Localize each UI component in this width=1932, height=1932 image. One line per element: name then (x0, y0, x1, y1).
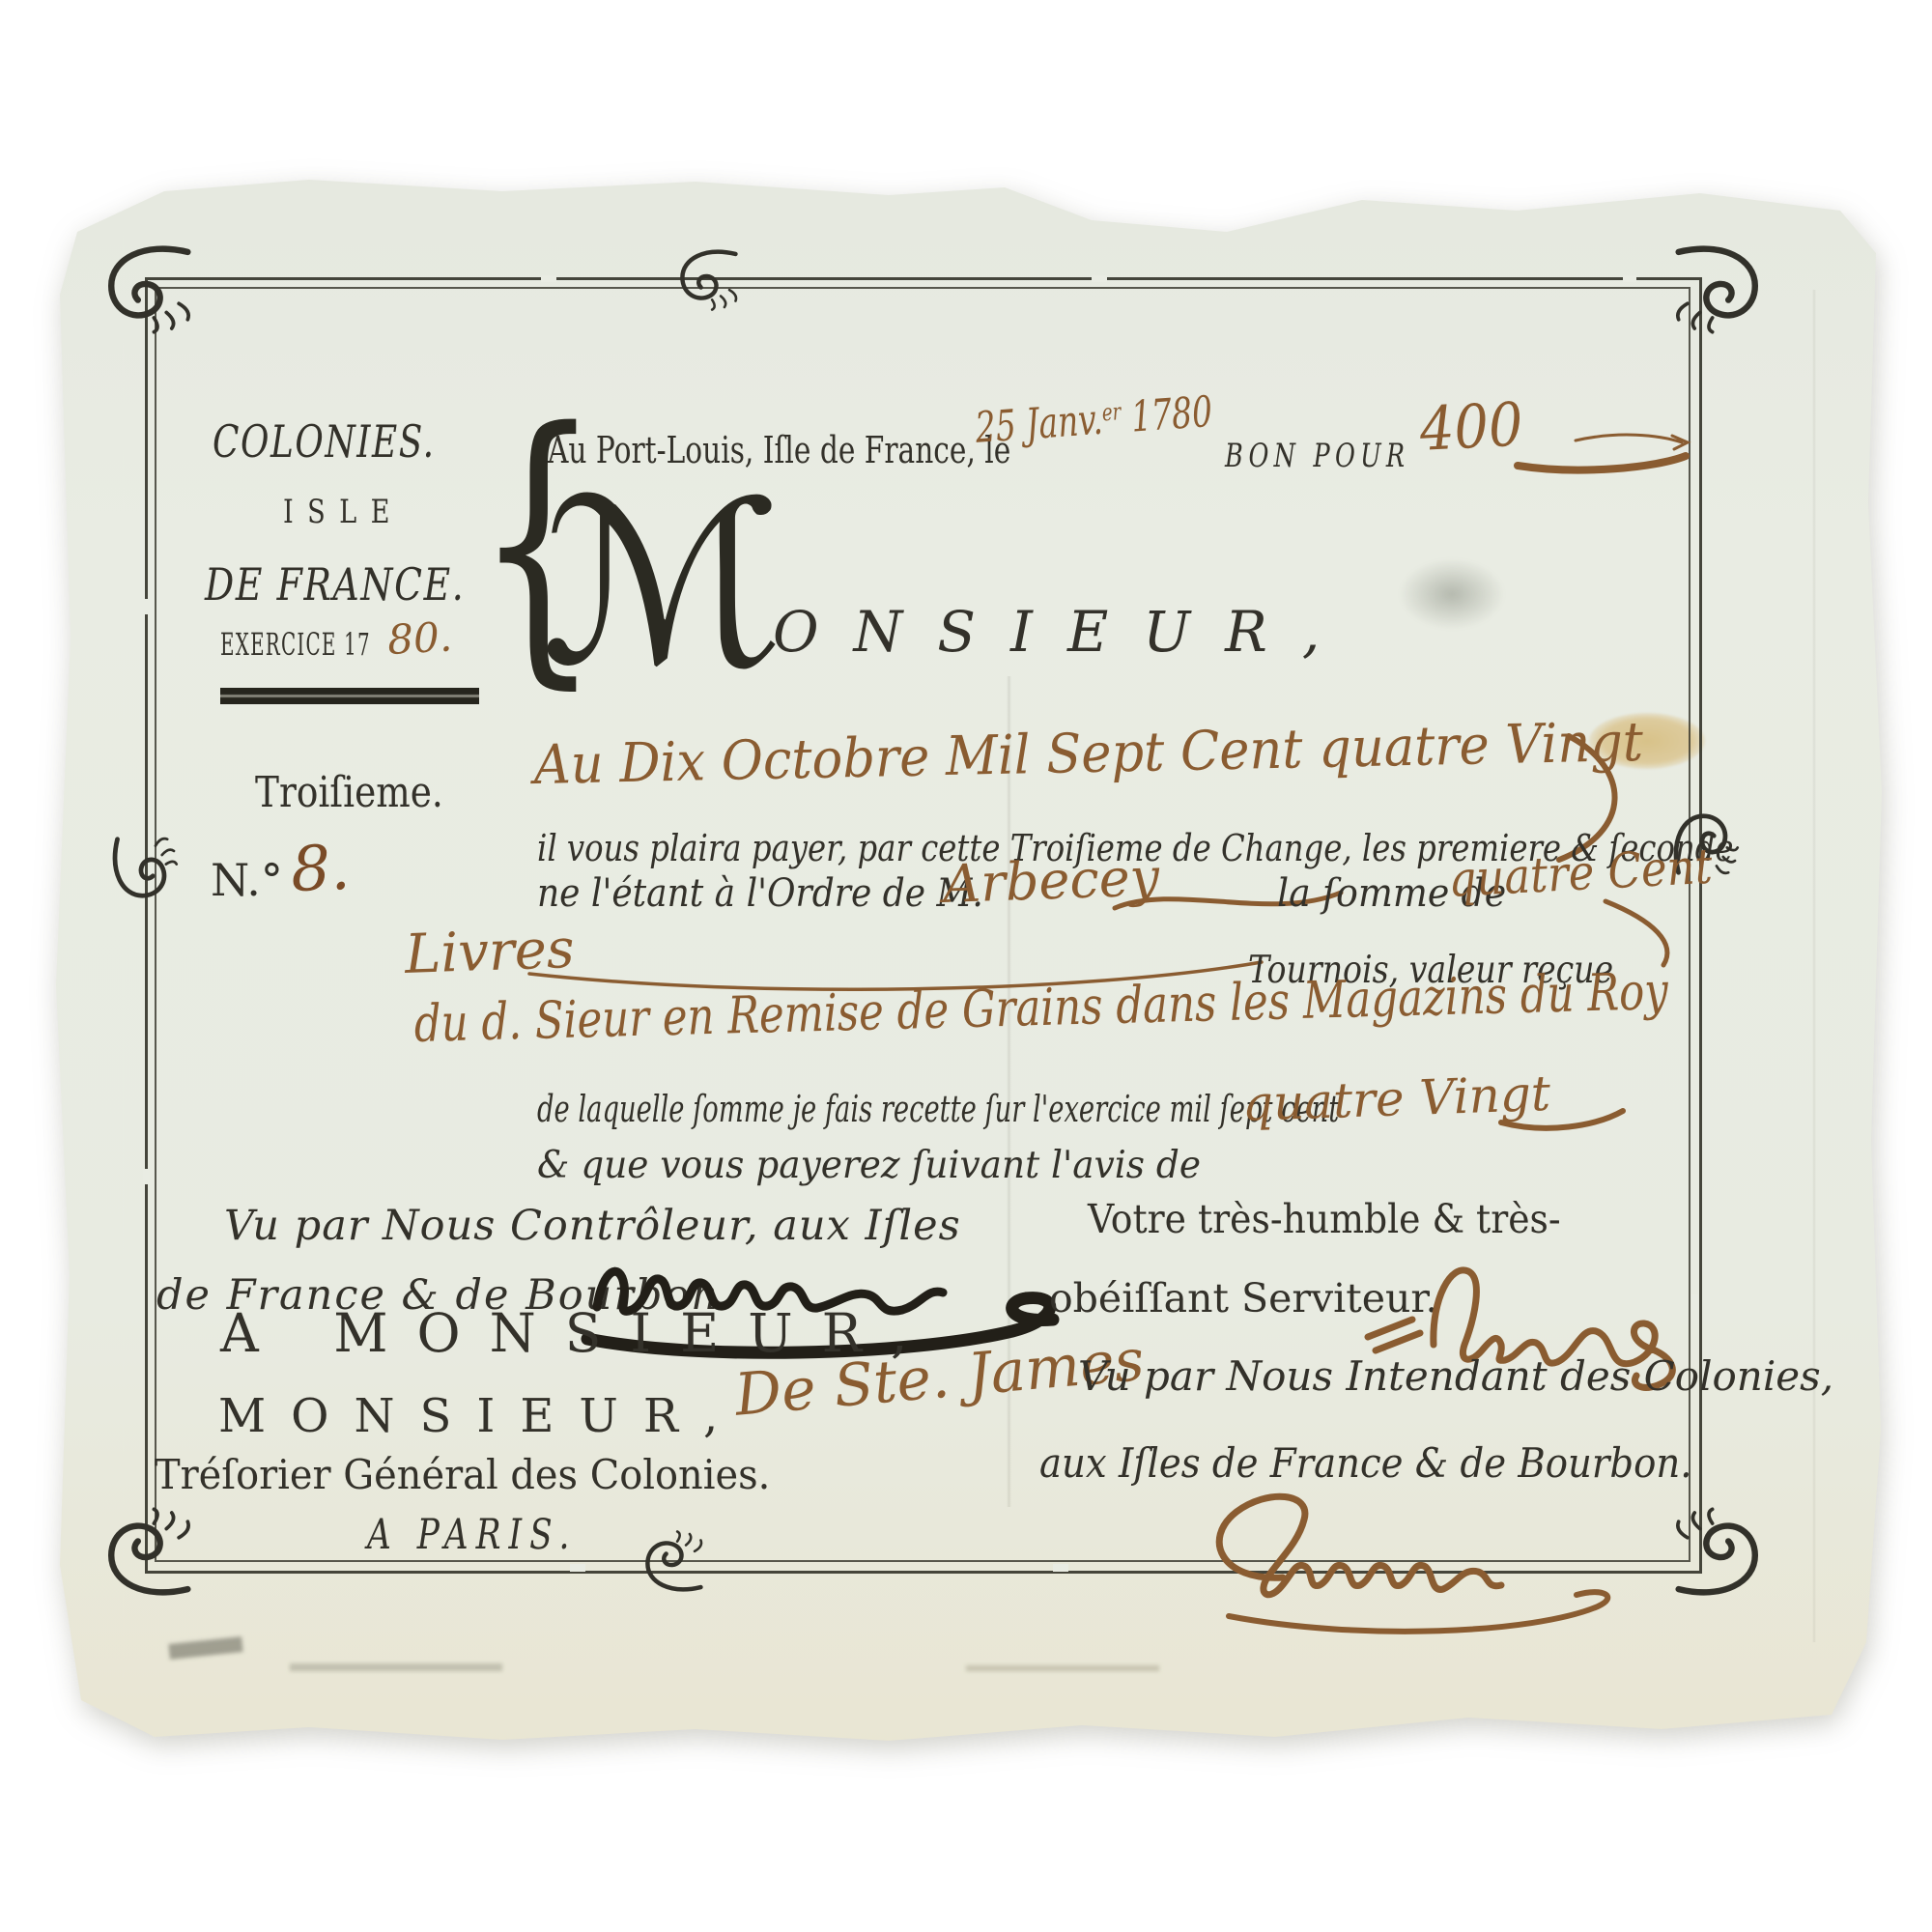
body-line-2: ne l'étant à l'Ordre de M. (537, 871, 983, 916)
border-break (570, 1564, 585, 1572)
frame-corner-bottom-right-ornament (1675, 1513, 1764, 1602)
amount-figures-hand: 400 (1418, 388, 1524, 464)
exercice-year-hand: 80. (386, 613, 453, 664)
body-line-5: & que vous payerez ſuivant l'avis de (537, 1144, 1201, 1187)
stamp-de-france: DE FRANCE. (205, 558, 465, 611)
amount-flourish (1512, 423, 1695, 481)
bottom-smudge-line (290, 1663, 502, 1671)
paris-line: A PARIS. (367, 1511, 577, 1559)
date-day-month: 25 Janv. (974, 395, 1104, 453)
scanned-document-page: COLONIES. ISLE DE FRANCE. EXERCICE 17 80… (0, 0, 1932, 1932)
salutation-rest: ONSIEUR, (773, 599, 1354, 665)
margin-copy-label: Troiſieme. (255, 768, 443, 817)
frame-left-middle-ornament (108, 837, 174, 902)
frame-corner-top-right-ornament (1675, 240, 1764, 328)
stamp-rule (220, 688, 479, 704)
border-break (1092, 275, 1107, 282)
frame-bottom-center-ornament (641, 1534, 703, 1596)
date-year: 1780 (1129, 387, 1213, 442)
border-break (1053, 1564, 1068, 1572)
border-break (1691, 522, 1698, 537)
border-break (1623, 275, 1636, 282)
stamp-isle: ISLE (283, 493, 404, 531)
frame-corner-bottom-left-ornament (102, 1513, 191, 1602)
body-line-4: de laquelle ſomme je fais recette ſur l'… (537, 1088, 1339, 1130)
bon-pour-label: BON POUR (1225, 437, 1409, 475)
frame-corner-top-left-ornament (102, 240, 191, 328)
margin-number-hand: 8. (290, 833, 352, 906)
servant-line-1: Votre très-humble & très- (1088, 1196, 1561, 1242)
right-edge-crease (1812, 290, 1816, 1642)
treasurer-line: Tréſorier Général des Colonies. (155, 1451, 770, 1498)
border-break (541, 275, 556, 282)
stamp-exercice: EXERCICE 17 (220, 626, 371, 663)
border-break (143, 1169, 150, 1184)
address-line-2: MONSIEUR, (218, 1389, 743, 1443)
intendant-line-1: Vu par Nous Intendant des Colonies, (1078, 1352, 1833, 1400)
frame-top-center-ornament (676, 245, 738, 307)
exercise-dash-flourish (1495, 1097, 1631, 1140)
intendant-signature (1167, 1463, 1631, 1647)
date-superscript: er (1101, 398, 1122, 426)
stamp-colonies: COLONIES. (213, 415, 436, 468)
salutation-initial: ℳ (541, 471, 783, 698)
bottom-right-smudge-line (966, 1665, 1159, 1671)
border-break (143, 599, 150, 614)
margin-number-label: N.° (211, 854, 283, 906)
